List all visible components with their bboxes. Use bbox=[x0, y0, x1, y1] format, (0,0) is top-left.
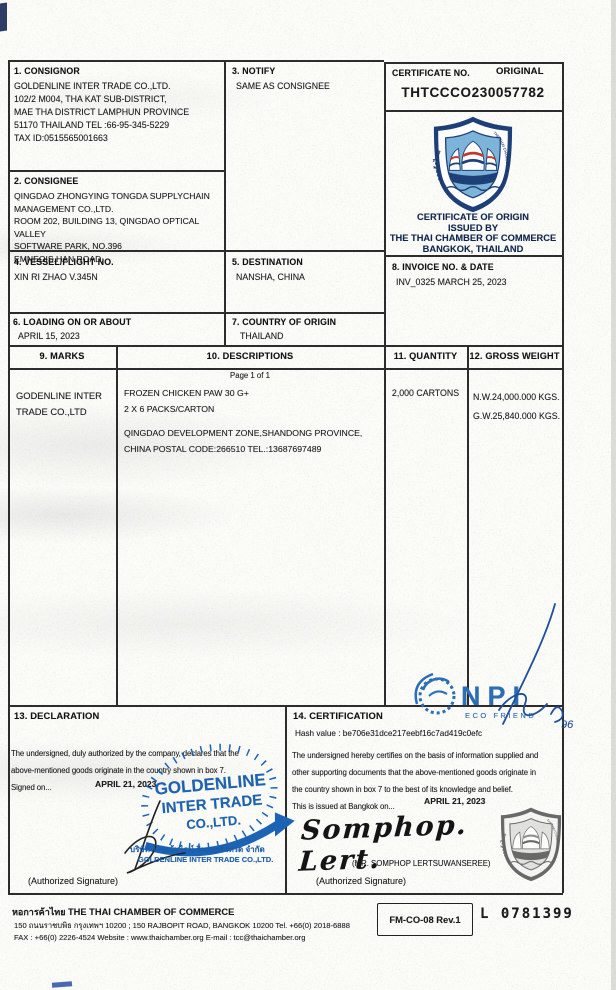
gross-weight-cell: N.W.24,000.000 KGS. G.W.25,840.000 KGS. bbox=[473, 388, 560, 426]
declaration-signature bbox=[105, 795, 215, 880]
copy-type-label: ORIGINAL bbox=[496, 66, 544, 77]
certificate-number: THTCCCO230057782 bbox=[384, 85, 562, 100]
certification-date: APRIL 21, 2023 bbox=[424, 796, 485, 806]
marks-line: GODENLINE INTER bbox=[16, 388, 102, 404]
page-note: Page 1 of 1 bbox=[116, 371, 384, 380]
consignee-line: MANAGEMENT CO.,LTD. bbox=[14, 203, 222, 216]
issued-by-block: CERTIFICATE OF ORIGIN ISSUED BY THE THAI… bbox=[384, 212, 562, 254]
hash-value: Hash value : be706e31dce217eebf16c7ad419… bbox=[295, 729, 482, 738]
loading-label: 6. LOADING ON OR ABOUT bbox=[13, 317, 131, 327]
quantity-cell: 2,000 CARTONS bbox=[384, 388, 467, 398]
divider-line bbox=[8, 368, 563, 370]
form-code: FM-CO-08 Rev.1 bbox=[378, 904, 472, 935]
gross-weight-line: G.W.25,840.000 KGS. bbox=[473, 407, 560, 426]
divider-line bbox=[384, 110, 563, 112]
gross-weight-header: 12. GROSS WEIGHT bbox=[467, 351, 562, 361]
divider-line bbox=[8, 60, 10, 893]
certification-line: other supporting documents that the abov… bbox=[292, 764, 560, 781]
divider-line bbox=[8, 893, 563, 895]
scan-edge-strip bbox=[611, 0, 616, 990]
notify-value: SAME AS CONSIGNEE bbox=[236, 80, 330, 93]
certifier-name: (MR. SOMPHOP LERTSUWANSEREE) bbox=[352, 859, 491, 868]
npi-stamp-subtext: ECO FRIEND bbox=[465, 711, 536, 720]
scan-artifact-bottom-left bbox=[52, 981, 72, 987]
certificate-of-origin-document: 1. CONSIGNOR GOLDENLINE INTER TRADE CO.,… bbox=[0, 0, 616, 990]
declaration-signed-prefix: Signed on... bbox=[11, 779, 51, 796]
scribble-number: 96 bbox=[561, 719, 574, 731]
footer-en-name: THE THAI CHAMBER OF COMMERCE bbox=[68, 907, 234, 917]
certification-authorized-label: (Authorized Signature) bbox=[316, 876, 406, 886]
certificate-no-label: CERTIFICATE NO. bbox=[392, 68, 470, 78]
divider-line bbox=[384, 62, 386, 705]
divider-line bbox=[8, 60, 384, 62]
invoice-value: INV_0325 MARCH 25, 2023 bbox=[396, 276, 507, 289]
loading-value: APRIL 15, 2023 bbox=[18, 330, 80, 343]
serial-number: L 0781399 bbox=[480, 906, 574, 922]
consignor-line: GOLDENLINE INTER TRADE CO.,LTD. bbox=[14, 80, 219, 93]
vessel-value: XIN RI ZHAO V.345N bbox=[14, 271, 98, 284]
issued-line: ISSUED BY bbox=[384, 223, 562, 234]
consignee-label: 2. CONSIGNEE bbox=[14, 176, 78, 186]
vessel-label: 4. VESSEL/FLIGHT NO. bbox=[14, 257, 114, 267]
scan-artifact-top-left bbox=[0, 3, 7, 32]
footer-chamber-name: หอการค้าไทย THE THAI CHAMBER OF COMMERCE bbox=[12, 905, 234, 919]
description-line: QINGDAO DEVELOPMENT ZONE,SHANDONG PROVIN… bbox=[124, 425, 380, 441]
notify-label: 3. NOTIFY bbox=[232, 66, 275, 76]
marks-header: 9. MARKS bbox=[8, 351, 116, 361]
divider-line bbox=[562, 62, 564, 893]
origin-label: 7. COUNTRY OF ORIGIN bbox=[232, 317, 336, 327]
consignee-address: QINGDAO ZHONGYING TONGDA SUPPLYCHAIN MAN… bbox=[14, 190, 222, 266]
destination-label: 5. DESTINATION bbox=[232, 257, 303, 267]
marks-line: TRADE CO.,LTD bbox=[16, 404, 102, 420]
issued-line: THE THAI CHAMBER OF COMMERCE bbox=[384, 233, 562, 244]
consignor-address: GOLDENLINE INTER TRADE CO.,LTD. 102/2 M0… bbox=[14, 80, 219, 145]
declaration-label: 13. DECLARATION bbox=[14, 710, 99, 721]
description-line: FROZEN CHICKEN PAW 30 G+ bbox=[124, 385, 380, 401]
declaration-authorized-label: (Authorized Signature) bbox=[28, 876, 118, 886]
divider-line bbox=[224, 60, 226, 345]
marks-cell: GODENLINE INTER TRADE CO.,LTD bbox=[16, 388, 102, 420]
consignor-line: 51170 THAILAND TEL :66-95-345-5229 bbox=[14, 119, 219, 132]
thai-company-stamp-line2: GOLDENLINE INTER TRADE CO.,LTD. bbox=[138, 855, 273, 864]
consignor-line: TAX ID:0515565001663 bbox=[14, 132, 219, 145]
chamber-seal-stamp: หอการค้าไทย THE THAI CHAMBER OF COMMERCE bbox=[496, 798, 566, 890]
consignee-line: QINGDAO ZHONGYING TONGDA SUPPLYCHAIN bbox=[14, 190, 222, 203]
divider-line bbox=[384, 62, 563, 64]
footer-contact: FAX : +66(0) 2226-4524 Website : www.tha… bbox=[14, 933, 305, 942]
certification-line: The undersigned hereby certifies on the … bbox=[292, 747, 560, 764]
descriptions-cell: FROZEN CHICKEN PAW 30 G+ 2 X 6 PACKS/CAR… bbox=[124, 385, 380, 457]
form-code-box: FM-CO-08 Rev.1 bbox=[377, 903, 473, 936]
certification-label: 14. CERTIFICATION bbox=[293, 710, 383, 721]
description-line: CHINA POSTAL CODE:266510 TEL.:1368769748… bbox=[124, 441, 380, 457]
consignee-line: ROOM 202, BUILDING 13, QINGDAO OPTICAL V… bbox=[14, 215, 222, 240]
consignor-line: MAE THA DISTRICT LAMPHUN PROVINCE bbox=[14, 106, 219, 119]
issued-line: BANGKOK, THAILAND bbox=[384, 244, 562, 255]
consignor-line: 102/2 M004, THA KAT SUB-DISTRICT, bbox=[14, 93, 219, 106]
origin-value: THAILAND bbox=[240, 330, 284, 343]
divider-line bbox=[8, 312, 384, 314]
divider-line bbox=[8, 170, 224, 172]
footer-thai-name: หอการค้าไทย bbox=[12, 907, 65, 917]
description-line: 2 X 6 PACKS/CARTON bbox=[124, 401, 380, 417]
consignee-line: SOFTWARE PARK, NO.396 bbox=[14, 240, 222, 253]
divider-line bbox=[384, 255, 563, 257]
descriptions-header: 10. DESCRIPTIONS bbox=[116, 351, 384, 361]
gross-weight-line: N.W.24,000.000 KGS. bbox=[473, 388, 560, 407]
consignor-label: 1. CONSIGNOR bbox=[14, 66, 80, 76]
footer-address: 150 ถนนราชบพิธ กรุงเทพฯ 10200 ; 150 RAJB… bbox=[14, 920, 350, 932]
chamber-of-commerce-logo: หอการค้าไทย THE THAI CHAMBER OF COMMERCE bbox=[425, 114, 521, 214]
destination-value: NANSHA, CHINA bbox=[236, 271, 305, 284]
quantity-header: 11. QUANTITY bbox=[384, 351, 467, 361]
invoice-label: 8. INVOICE NO. & DATE bbox=[392, 262, 494, 272]
npi-stamp: NPI ECO FRIEND 96 bbox=[405, 598, 580, 738]
issued-line: CERTIFICATE OF ORIGIN bbox=[384, 212, 562, 223]
divider-line bbox=[8, 345, 563, 347]
divider-line bbox=[116, 345, 118, 705]
